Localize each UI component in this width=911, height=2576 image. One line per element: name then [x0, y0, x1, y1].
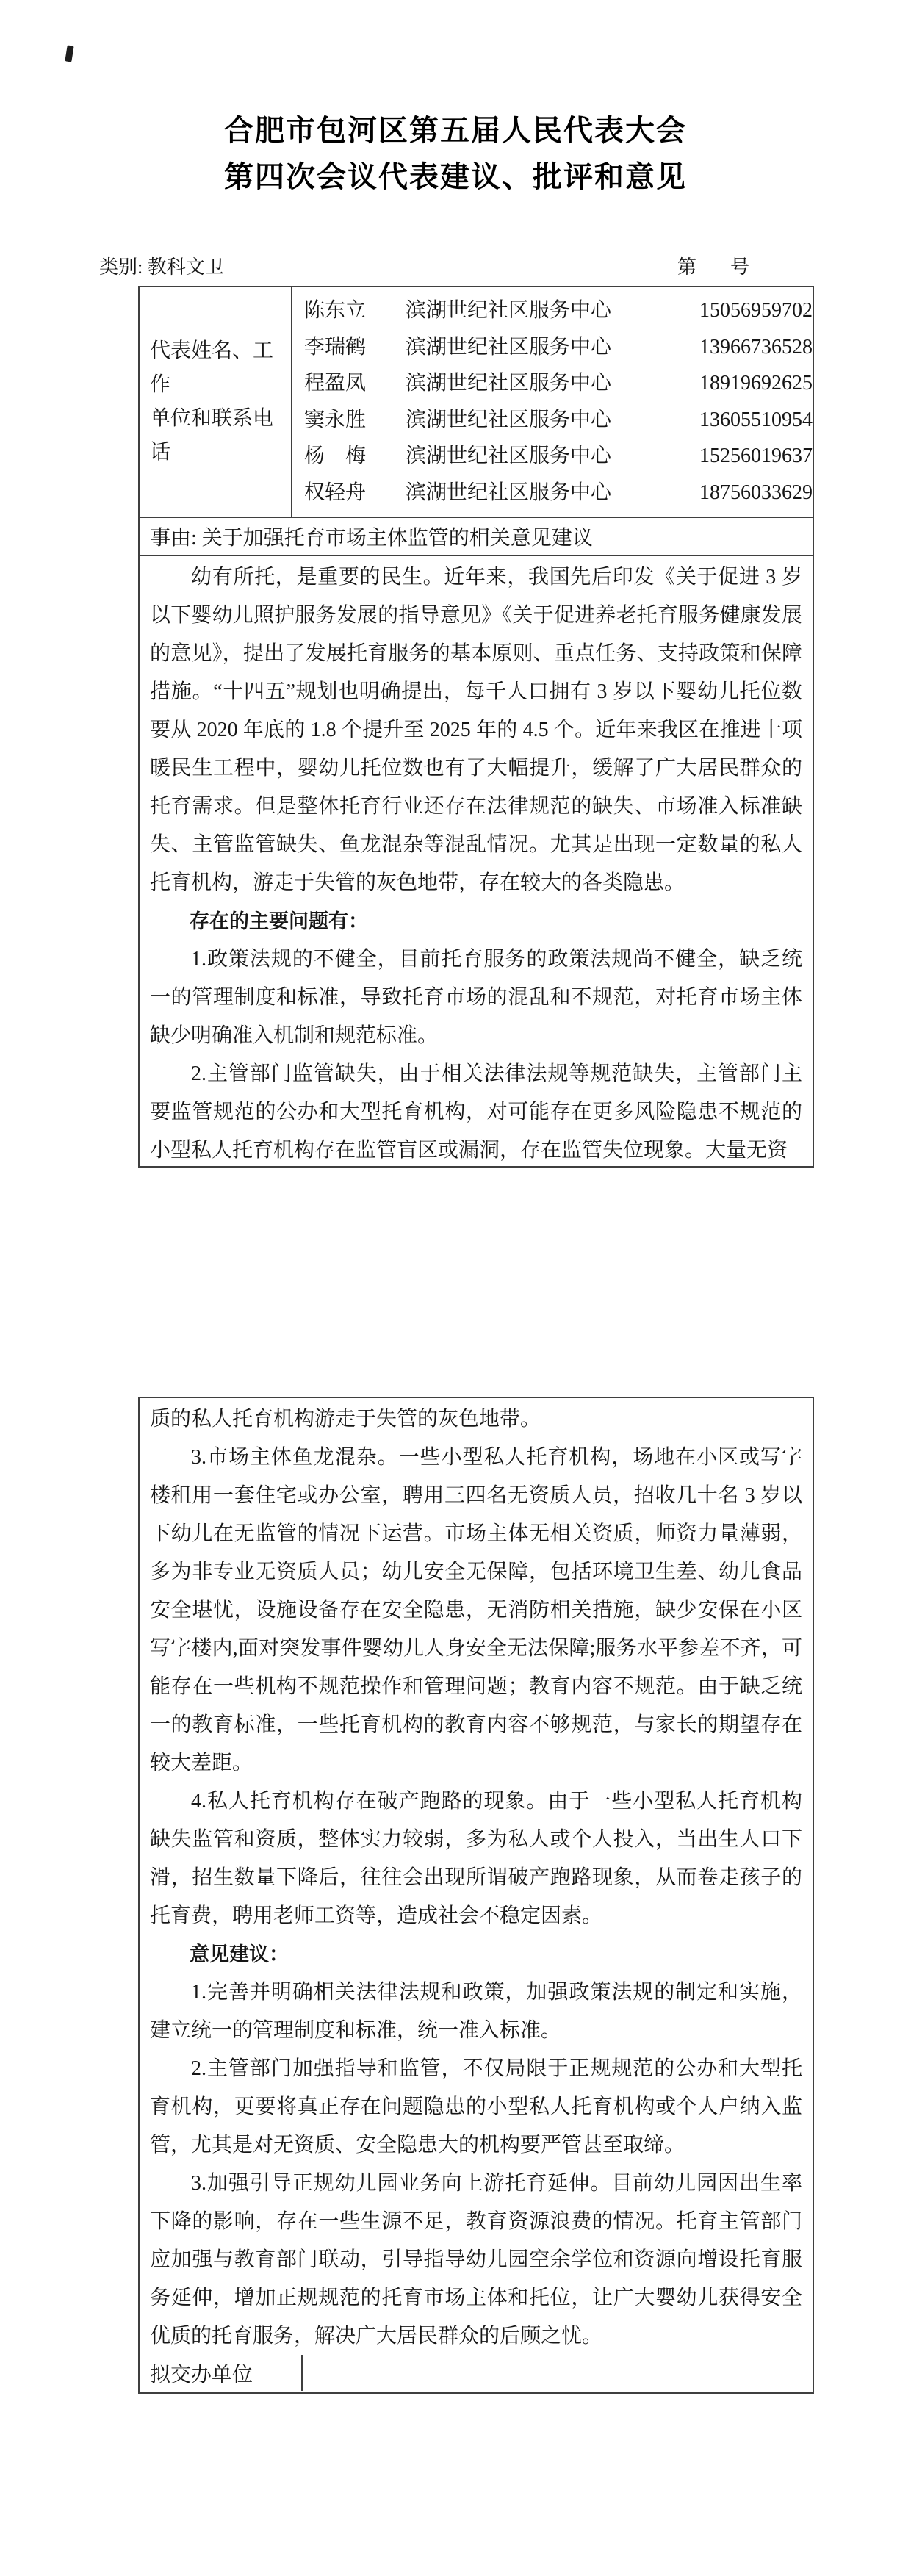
representative-phone: 18919692625: [699, 371, 813, 396]
representative-unit: 滨湖世纪社区服务中心: [406, 444, 699, 469]
document-number-label: 第 号: [677, 256, 814, 278]
body-paragraph: 3.加强引导正规幼儿园业务向上游托育延伸。目前幼儿园因出生率下降的影响，存在一些…: [150, 2165, 802, 2355]
meta-row: 类别: 教科文卫 第 号: [99, 256, 814, 278]
title-line-1: 合肥市包河区第五届人民代表大会: [0, 107, 911, 154]
representatives-header-line: 单位和联系电: [150, 402, 291, 436]
assign-label-cell: 拟交办单位: [140, 2355, 303, 2391]
representative-name: 权轻舟: [304, 481, 406, 506]
representative-unit: 滨湖世纪社区服务中心: [406, 335, 699, 360]
title-line-2: 第四次会议代表建议、批评和意见: [0, 154, 911, 200]
representative-name: 程盈凤: [304, 371, 406, 396]
representative-phone: 13605510954: [699, 408, 813, 433]
representatives-list: 陈东立 滨湖世纪社区服务中心 15056959702 李瑞鹤 滨湖世纪社区服务中…: [292, 287, 813, 517]
representative-name: 窦永胜: [304, 408, 406, 433]
body-paragraph: 存在的主要问题有：: [150, 902, 802, 940]
representative-row: 窦永胜 滨湖世纪社区服务中心 13605510954: [304, 408, 813, 433]
representatives-header-line: 代表姓名、工作: [150, 334, 291, 402]
representative-name: 陈东立: [304, 298, 406, 323]
page2-body-cell: 质的私人托育机构游走于失管的灰色地带。 3.市场主体鱼龙混杂。一些小型私人托育机…: [140, 1398, 813, 2355]
representative-phone: 15256019637: [699, 444, 813, 469]
representative-phone: 18756033629: [699, 481, 813, 506]
body-paragraph: 意见建议：: [150, 1935, 802, 1974]
body-paragraph: 1.完善并明确相关法律法规和政策，加强政策法规的制定和实施，建立统一的管理制度和…: [150, 1974, 802, 2050]
page1-body-cell: 幼有所托，是重要的民生。近年来，我国先后印发《关于促进 3 岁以下婴幼儿照护服务…: [140, 556, 813, 1167]
representatives-header-line: 话: [150, 436, 291, 469]
subject-row: 事由: 关于加强托育市场主体监管的相关意见建议: [140, 518, 813, 556]
assign-row: 拟交办单位: [140, 2355, 813, 2391]
representatives-row: 代表姓名、工作 单位和联系电 话 陈东立 滨湖世纪社区服务中心 15056959…: [140, 287, 813, 518]
representative-name: 李瑞鹤: [304, 335, 406, 360]
page1-table: 代表姓名、工作 单位和联系电 话 陈东立 滨湖世纪社区服务中心 15056959…: [138, 286, 814, 1168]
representative-row: 陈东立 滨湖世纪社区服务中心 15056959702: [304, 298, 813, 323]
representative-row: 权轻舟 滨湖世纪社区服务中心 18756033629: [304, 481, 813, 506]
body-paragraph: 1.政策法规的不健全，目前托育服务的政策法规尚不健全，缺乏统一的管理制度和标准，…: [150, 940, 802, 1055]
body-paragraph: 质的私人托育机构游走于失管的灰色地带。: [150, 1400, 802, 1439]
representative-unit: 滨湖世纪社区服务中心: [406, 481, 699, 506]
representative-row: 程盈凤 滨湖世纪社区服务中心 18919692625: [304, 371, 813, 396]
page2-table: 质的私人托育机构游走于失管的灰色地带。 3.市场主体鱼龙混杂。一些小型私人托育机…: [138, 1397, 814, 2394]
subject-text: 事由: 关于加强托育市场主体监管的相关意见建议: [150, 522, 593, 551]
scanned-document-page: 合肥市包河区第五届人民代表大会 第四次会议代表建议、批评和意见 类别: 教科文卫…: [0, 0, 911, 2576]
representative-unit: 滨湖世纪社区服务中心: [406, 408, 699, 433]
representative-name: 杨 梅: [304, 444, 406, 469]
document-title: 合肥市包河区第五届人民代表大会 第四次会议代表建议、批评和意见: [0, 107, 911, 200]
representative-unit: 滨湖世纪社区服务中心: [406, 298, 699, 323]
assign-value-cell: [303, 2355, 813, 2391]
representative-phone: 15056959702: [699, 298, 813, 323]
body-paragraph: 3.市场主体鱼龙混杂。一些小型私人托育机构，场地在小区或写字楼租用一套住宅或办公…: [150, 1439, 802, 1782]
scan-artifact: [65, 45, 73, 62]
representative-row: 李瑞鹤 滨湖世纪社区服务中心 13966736528: [304, 335, 813, 360]
body-paragraph: 4.私人托育机构存在破产跑路的现象。由于一些小型私人托育机构缺失监管和资质，整体…: [150, 1782, 802, 1935]
body-paragraph: 2.主管部门监管缺失，由于相关法律法规等规范缺失，主管部门主要监管规范的公办和大…: [150, 1055, 802, 1167]
representative-phone: 13966736528: [699, 335, 813, 360]
representatives-header-cell: 代表姓名、工作 单位和联系电 话: [140, 287, 292, 517]
body-paragraph: 幼有所托，是重要的民生。近年来，我国先后印发《关于促进 3 岁以下婴幼儿照护服务…: [150, 558, 802, 902]
representative-unit: 滨湖世纪社区服务中心: [406, 371, 699, 396]
representative-row: 杨 梅 滨湖世纪社区服务中心 15256019637: [304, 444, 813, 469]
category-label: 类别: 教科文卫: [99, 256, 224, 278]
body-paragraph: 2.主管部门加强指导和监管，不仅局限于正规规范的公办和大型托育机构，更要将真正存…: [150, 2050, 802, 2165]
